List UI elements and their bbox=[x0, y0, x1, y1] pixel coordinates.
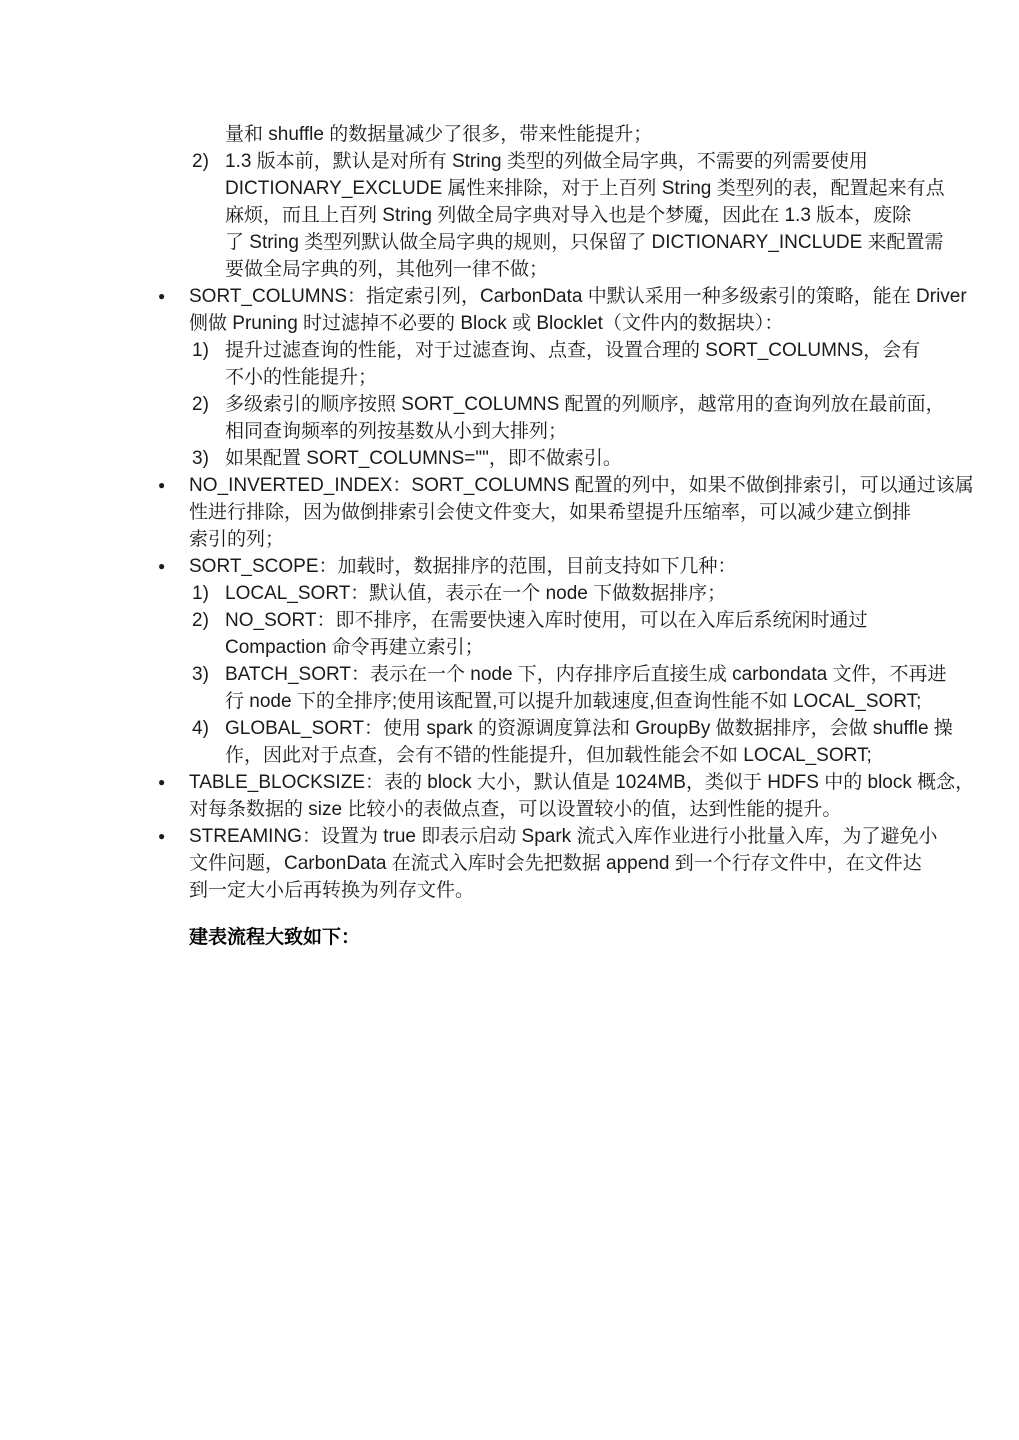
text-line: GLOBAL_SORT：使用 spark 的资源调度算法和 GroupBy 做数… bbox=[225, 715, 865, 742]
text-line: 麻烦，而且上百列 String 列做全局字典对导入也是个梦魇，因此在 1.3 版… bbox=[225, 202, 865, 229]
text-line: STREAMING：设置为 true 即表示启动 Spark 流式入库作业进行小… bbox=[189, 823, 865, 850]
bullet-item: ●NO_INVERTED_INDEX：SORT_COLUMNS 配置的列中，如果… bbox=[0, 472, 1019, 553]
text-line: NO_INVERTED_INDEX：SORT_COLUMNS 配置的列中，如果不… bbox=[189, 472, 865, 499]
text-line: 侧做 Pruning 时过滤掉不必要的 Block 或 Blocklet（文件内… bbox=[189, 310, 865, 337]
text-line: 行 node 下的全排序;使用该配置,可以提升加载速度,但查询性能不如 LOCA… bbox=[225, 688, 865, 715]
text-line: Compaction 命令再建立索引； bbox=[225, 634, 865, 661]
text-line: 要做全局字典的列，其他列一律不做； bbox=[225, 256, 865, 283]
text-line: LOCAL_SORT：默认值，表示在一个 node 下做数据排序； bbox=[225, 580, 865, 607]
bullet-icon: ● bbox=[158, 823, 165, 850]
text-line: DICTIONARY_EXCLUDE 属性来排除，对于上百列 String 类型… bbox=[225, 175, 865, 202]
bullet-icon: ● bbox=[158, 283, 165, 310]
text-line: BATCH_SORT：表示在一个 node 下，内存排序后直接生成 carbon… bbox=[225, 661, 865, 688]
numbered-item: 1)提升过滤查询的性能，对于过滤查询、点查，设置合理的 SORT_COLUMNS… bbox=[0, 337, 1019, 391]
text-line: 性进行排除，因为做倒排索引会使文件变大，如果希望提升压缩率，可以减少建立倒排 bbox=[189, 499, 865, 526]
list-number: 4) bbox=[192, 715, 209, 742]
text-line: 作，因此对于点查，会有不错的性能提升，但加载性能会不如 LOCAL_SORT; bbox=[225, 742, 865, 769]
bullet-item: ●SORT_COLUMNS：指定索引列，CarbonData 中默认采用一种多级… bbox=[0, 283, 1019, 337]
list-number: 3) bbox=[192, 445, 209, 472]
text-line: 索引的列； bbox=[189, 526, 865, 553]
section-heading: 建表流程大致如下： bbox=[0, 924, 1019, 951]
bullet-item: ●TABLE_BLOCKSIZE：表的 block 大小，默认值是 1024MB… bbox=[0, 769, 1019, 823]
text-line: 相同查询频率的列按基数从小到大排列； bbox=[225, 418, 865, 445]
text-line: 了 String 类型列默认做全局字典的规则，只保留了 DICTIONARY_I… bbox=[225, 229, 865, 256]
list-number: 3) bbox=[192, 661, 209, 688]
text-line: 不小的性能提升； bbox=[225, 364, 865, 391]
bullet-icon: ● bbox=[158, 553, 165, 580]
numbered-item: 4)GLOBAL_SORT：使用 spark 的资源调度算法和 GroupBy … bbox=[0, 715, 1019, 769]
list-number: 2) bbox=[192, 391, 209, 418]
list-number: 2) bbox=[192, 148, 209, 175]
numbered-item: 3)如果配置 SORT_COLUMNS=""，即不做索引。 bbox=[0, 445, 1019, 472]
numbered-item: 2)多级索引的顺序按照 SORT_COLUMNS 配置的列顺序，越常用的查询列放… bbox=[0, 391, 1019, 445]
text-line: 1.3 版本前，默认是对所有 String 类型的列做全局字典，不需要的列需要使… bbox=[225, 148, 865, 175]
list-number: 1) bbox=[192, 580, 209, 607]
numbered-item: 1)LOCAL_SORT：默认值，表示在一个 node 下做数据排序； bbox=[0, 580, 1019, 607]
bullet-item: ●SORT_SCOPE：加载时，数据排序的范围，目前支持如下几种： bbox=[0, 553, 1019, 580]
text-line: SORT_SCOPE：加载时，数据排序的范围，目前支持如下几种： bbox=[189, 553, 865, 580]
document-content: 量和 shuffle 的数据量减少了很多，带来性能提升；2)1.3 版本前，默认… bbox=[0, 121, 1019, 951]
text-line: 提升过滤查询的性能，对于过滤查询、点查，设置合理的 SORT_COLUMNS，会… bbox=[225, 337, 865, 364]
text-line: NO_SORT：即不排序，在需要快速入库时使用，可以在入库后系统闲时通过 bbox=[225, 607, 865, 634]
text-line: 对每条数据的 size 比较小的表做点查，可以设置较小的值，达到性能的提升。 bbox=[189, 796, 865, 823]
document-page: 量和 shuffle 的数据量减少了很多，带来性能提升；2)1.3 版本前，默认… bbox=[0, 0, 1019, 1440]
text-line: 文件问题，CarbonData 在流式入库时会先把数据 append 到一个行存… bbox=[189, 850, 865, 877]
bullet-icon: ● bbox=[158, 472, 165, 499]
bullet-item: ●STREAMING：设置为 true 即表示启动 Spark 流式入库作业进行… bbox=[0, 823, 1019, 904]
text-line: 到一定大小后再转换为列存文件。 bbox=[189, 877, 865, 904]
text-line: 建表流程大致如下： bbox=[189, 924, 865, 951]
numbered-item: 3)BATCH_SORT：表示在一个 node 下，内存排序后直接生成 carb… bbox=[0, 661, 1019, 715]
list-number: 2) bbox=[192, 607, 209, 634]
text-line: SORT_COLUMNS：指定索引列，CarbonData 中默认采用一种多级索… bbox=[189, 283, 865, 310]
bullet-icon: ● bbox=[158, 769, 165, 796]
text-line: 如果配置 SORT_COLUMNS=""，即不做索引。 bbox=[225, 445, 865, 472]
text-line: TABLE_BLOCKSIZE：表的 block 大小，默认值是 1024MB，… bbox=[189, 769, 865, 796]
numbered-item: 2)1.3 版本前，默认是对所有 String 类型的列做全局字典，不需要的列需… bbox=[0, 148, 1019, 283]
list-number: 1) bbox=[192, 337, 209, 364]
numbered-item: 2)NO_SORT：即不排序，在需要快速入库时使用，可以在入库后系统闲时通过Co… bbox=[0, 607, 1019, 661]
text-line: 多级索引的顺序按照 SORT_COLUMNS 配置的列顺序，越常用的查询列放在最… bbox=[225, 391, 865, 418]
text-line: 量和 shuffle 的数据量减少了很多，带来性能提升； bbox=[225, 121, 865, 148]
paragraph: 量和 shuffle 的数据量减少了很多，带来性能提升； bbox=[0, 121, 1019, 148]
